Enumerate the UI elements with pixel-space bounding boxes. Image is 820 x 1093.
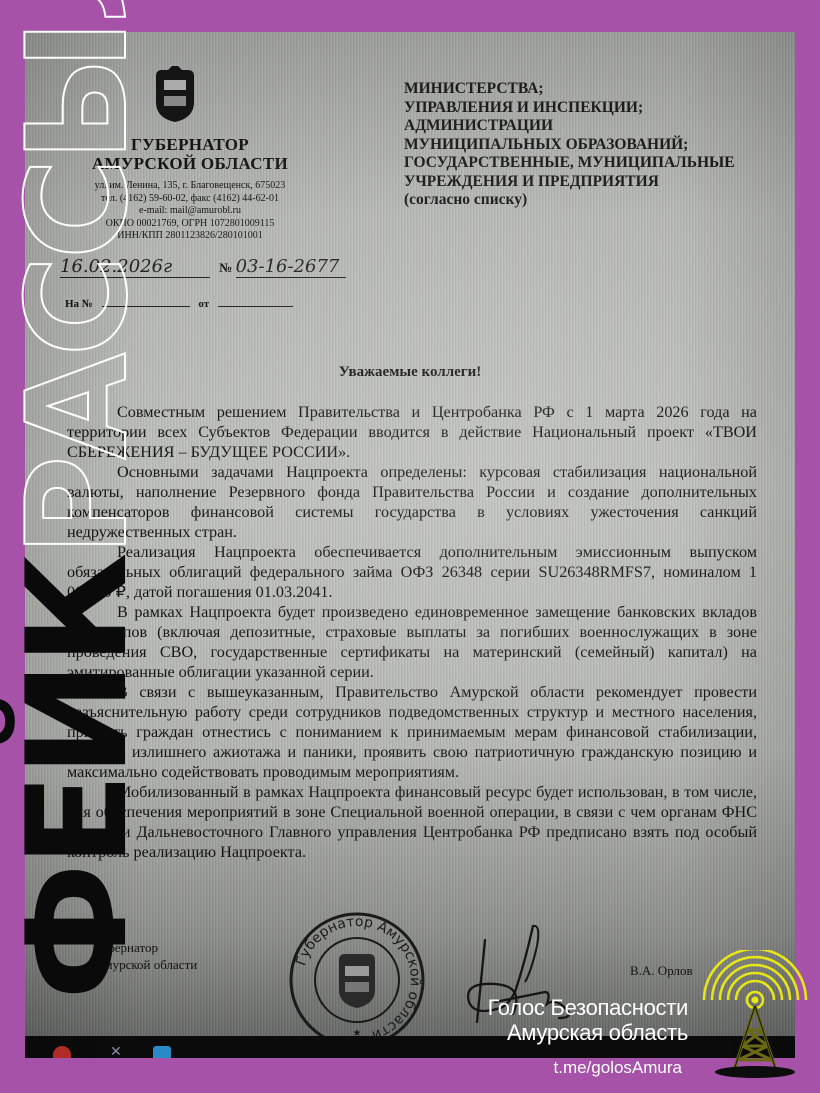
brand-block: Голос Безопасности Амурская область — [488, 995, 688, 1045]
channel-link[interactable]: t.me/golosAmura — [554, 1058, 683, 1078]
recipient-line: МУНИЦИПАЛЬНЫХ ОБРАЗОВАНИЙ; — [404, 136, 735, 155]
from-label: от — [198, 298, 209, 310]
recipient-line: УПРАВЛЕНИЯ И ИНСПЕКЦИИ; — [404, 99, 735, 118]
paragraph: Основными задачами Нацпроекта определены… — [67, 462, 757, 542]
brand-line2: Амурская область — [488, 1020, 688, 1045]
brand-line1: Голос Безопасности — [488, 995, 688, 1020]
paragraph: В связи с вышеуказанным, Правительство А… — [67, 682, 757, 782]
paragraph: В рамках Нацпроекта будет произведено ед… — [67, 602, 757, 682]
fake-word: ФЕЙК — [0, 557, 158, 1000]
browser-taskbar-icon[interactable] — [53, 1046, 71, 1058]
x-taskbar-icon[interactable]: ✕ — [110, 1046, 122, 1058]
recipients-block: МИНИСТЕРСТВА; УПРАВЛЕНИЯ И ИНСПЕКЦИИ; АД… — [404, 80, 735, 210]
paragraph: Совместным решением Правительства и Цент… — [67, 402, 757, 462]
recipient-line: ГОСУДАРСТВЕННЫЕ, МУНИЦИПАЛЬНЫЕ — [404, 154, 735, 173]
official-seal-icon: Губернатор Амурской области ★ — [287, 910, 427, 1050]
fake-label-overlay: ФЕЙКРАССЫЛКА — [13, 100, 143, 1000]
signatory-name: В.А. Орлов — [630, 963, 693, 979]
mailing-word: РАССЫЛКА — [0, 0, 158, 557]
recipient-note: (согласно списку) — [404, 191, 735, 210]
app-taskbar-icon[interactable] — [153, 1046, 171, 1058]
paragraph: Мобилизованный в рамках Нацпроекта финан… — [67, 782, 757, 862]
recipient-line: УЧРЕЖДЕНИЯ И ПРЕДПРИЯТИЯ — [404, 173, 735, 192]
number-prefix: № — [219, 260, 232, 275]
letter-body: Совместным решением Правительства и Цент… — [67, 402, 757, 862]
letter-number: 03-16-2677 — [236, 256, 340, 277]
radio-tower-icon — [700, 950, 810, 1080]
recipient-line: АДМИНИСТРАЦИИ — [404, 117, 735, 136]
recipient-line: МИНИСТЕРСТВА; — [404, 80, 735, 99]
paragraph: Реализация Нацпроекта обеспечивается доп… — [67, 542, 757, 602]
